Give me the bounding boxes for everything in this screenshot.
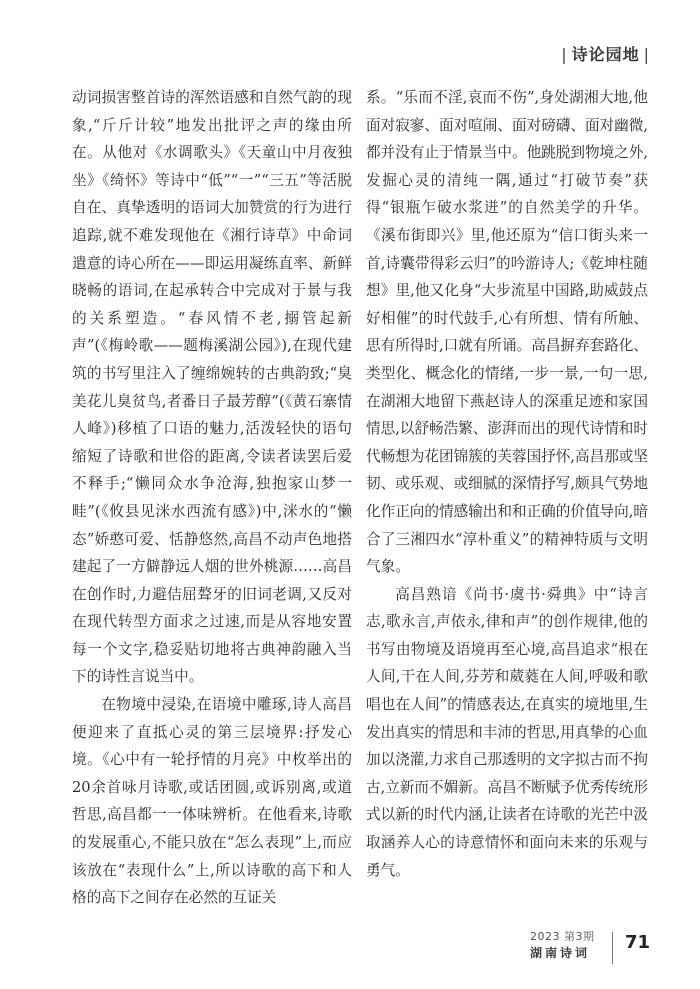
right-column: 系。“乐而不淫,哀而不伤”,身处湖湘大地,他面对寂寥、面对喧闹、面对磅礴、面对幽…: [366, 84, 648, 884]
paragraph: 高昌熟谙《尚书·虞书·舜典》中“诗言志,歌永言,声依永,律和声”的创作规律,他的…: [366, 581, 648, 885]
paragraph: 动词损害整首诗的浑然语感和自然气韵的现象,“斤斤计较”地发出批评之声的缘由所在。…: [72, 84, 352, 691]
paragraph: 系。“乐而不淫,哀而不伤”,身处湖湘大地,他面对寂寥、面对喧闹、面对磅礴、面对幽…: [366, 84, 648, 581]
issue-label: 2023 第3期: [530, 928, 595, 944]
section-bar-left: |: [561, 45, 567, 64]
page-footer: 2023 第3期 湖南诗词 71: [530, 928, 670, 968]
page-number: 71: [625, 932, 650, 953]
section-title: 诗论园地: [572, 45, 640, 64]
left-column: 动词损害整首诗的浑然语感和自然气韵的现象,“斤斤计较”地发出批评之声的缘由所在。…: [72, 84, 352, 912]
magazine-name: 湖南诗词: [530, 944, 590, 961]
section-header: |诗论园地|: [557, 42, 654, 65]
footer-divider: [612, 932, 613, 964]
section-bar-right: |: [644, 45, 650, 64]
paragraph: 在物境中浸染,在语境中雕琢,诗人高昌便迎来了直抵心灵的第三层境界:抒发心境。《心…: [72, 691, 352, 912]
